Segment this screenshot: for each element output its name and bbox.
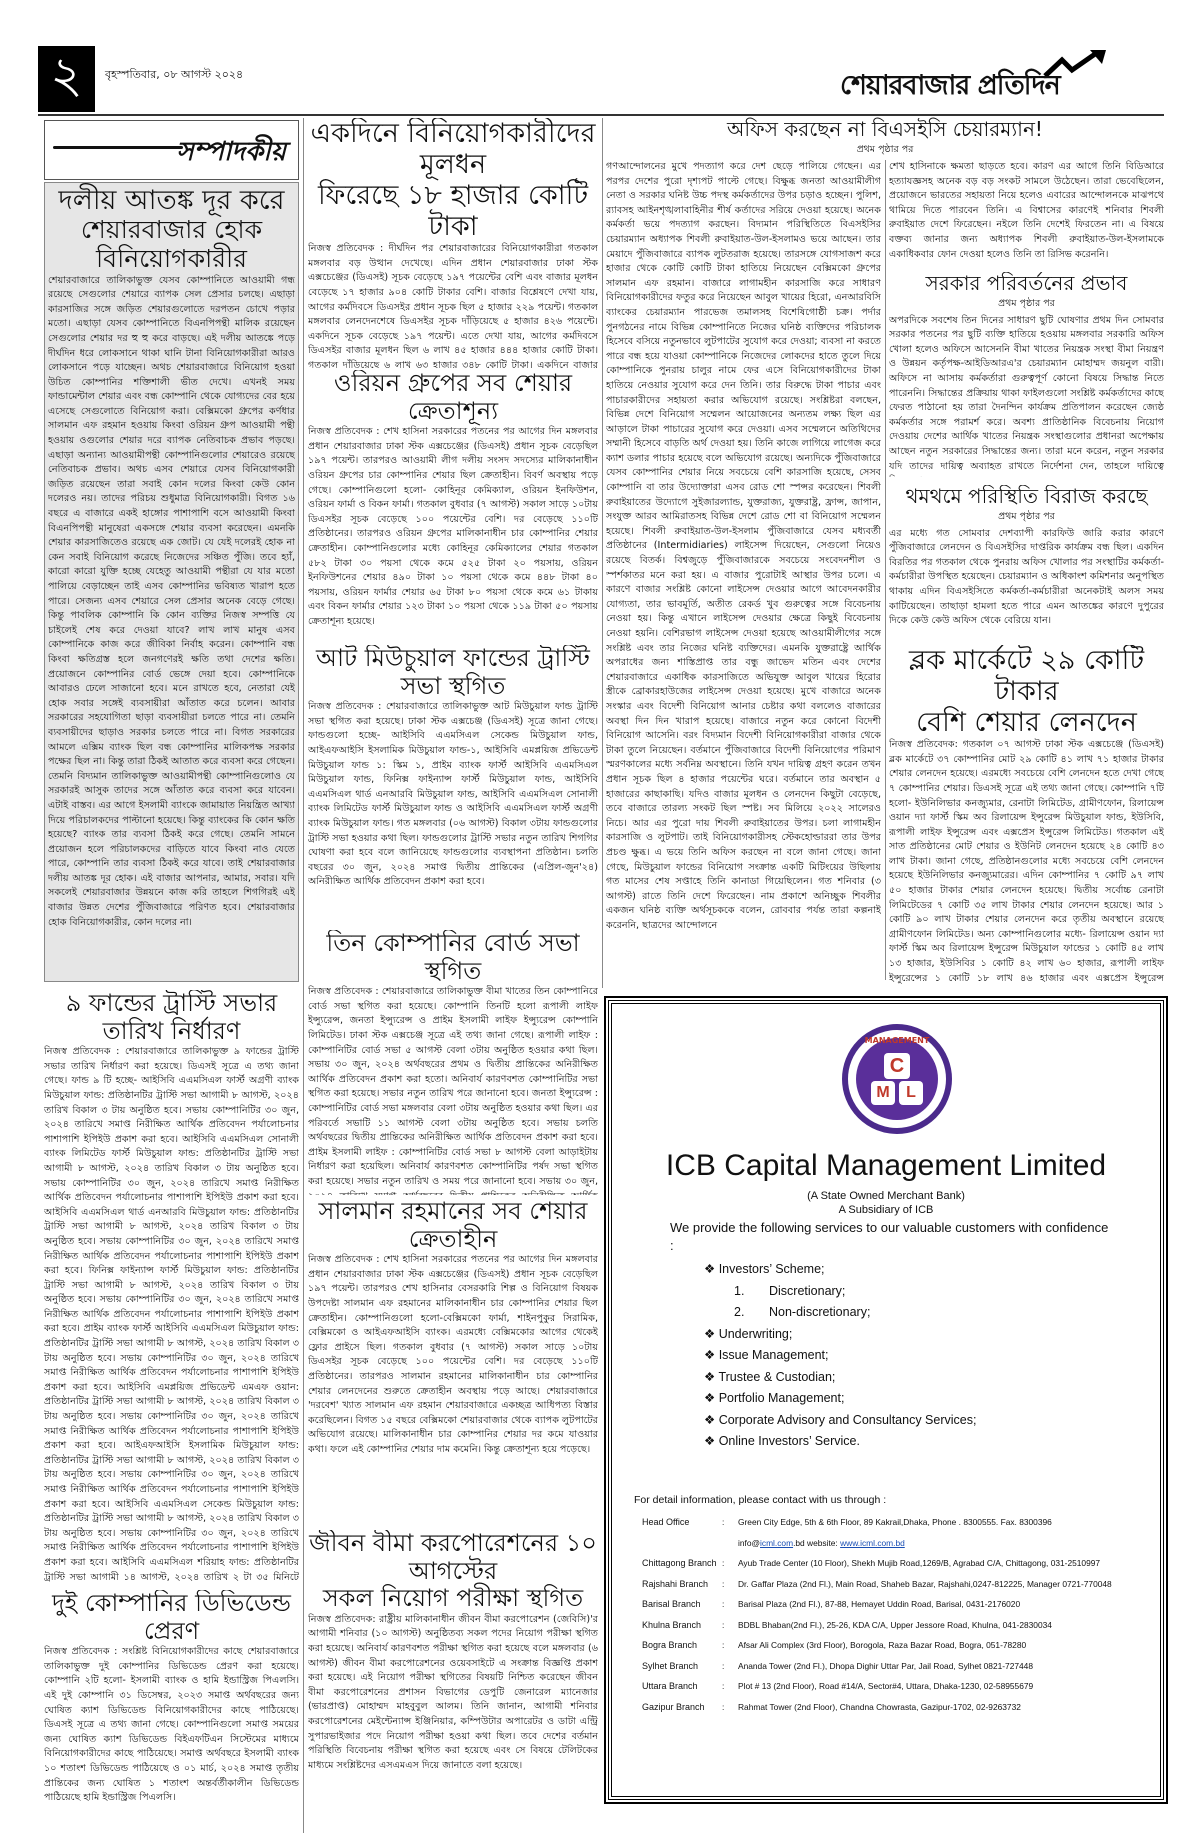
article-bsec-col2: শেখ হাসিনাকে ক্ষমতা ছাড়তে হবে। কারণ এর … <box>889 160 1164 280</box>
article-headline-line1: ব্লক মার্কেটে ২৯ কোটি টাকার <box>889 645 1164 707</box>
bullet-diamond-icon: ❖ <box>704 1370 718 1384</box>
editorial-label: সম্পাদকীয় <box>177 131 286 175</box>
article-headline: অফিস করছেন না বিএসইসি চেয়ারম্যান! <box>606 118 1164 141</box>
contact-row-branch: Gazipur Branch:Rahmat Tower (2nd Floor),… <box>634 1697 1154 1718</box>
column-divider <box>602 118 603 988</box>
article-headline-line2: ফিরেছে ১৮ হাজার কোটি টাকা <box>308 180 598 242</box>
article-body: নিজস্ব প্রতিবেদক : শেয়ারবাজারে তালিকাভু… <box>308 985 598 1195</box>
ad-contact-info: For detail information, please contact w… <box>634 1494 1154 1717</box>
bullet-diamond-icon: ❖ <box>704 1413 719 1427</box>
column-divider <box>303 118 304 1833</box>
ad-company-name: ICB Capital Management Limited <box>612 1149 1160 1183</box>
article-headline: তিন কোম্পানির বোর্ড সভা স্থগিত <box>308 930 598 985</box>
editorial-body-text: শেয়ারবাজারে তালিকাভুক্ত যেসব কোম্পানিতে… <box>48 274 295 1004</box>
article-headline-line2: সকল নিয়োগ পরীক্ষা স্থগিত <box>308 1585 598 1613</box>
bullet-diamond-icon: ❖ <box>704 1434 719 1448</box>
service-item: ❖ Investors’ Scheme; <box>704 1259 976 1281</box>
service-item: ❖ Issue Management; <box>704 1345 976 1367</box>
service-item: ❖ Corporate Advisory and Consultancy Ser… <box>704 1410 976 1432</box>
contact-row-branch: Bogra Branch:Afsar Ali Complex (3rd Floo… <box>634 1635 1154 1656</box>
continued-label: প্রথম পৃষ্ঠার পর <box>889 510 1164 525</box>
service-item: ❖ Underwriting; <box>704 1324 976 1346</box>
contact-heading: For detail information, please contact w… <box>634 1494 1154 1506</box>
icb-advertisement: MANAGEMENT C M L ICB Capital Management … <box>608 1000 1164 1800</box>
bullet-diamond-icon: ❖ <box>704 1327 719 1341</box>
article-body: নিজস্ব প্রতিবেদক : শেখ হাসিনা সরকারের পত… <box>308 425 598 629</box>
article-body: নিজস্ব প্রতিবেদক : শেয়ারবাজারে তালিকাভু… <box>44 1045 299 1585</box>
article-body: নিজস্ব প্রতিবেদক: রাষ্ট্রীয় মালিকানাধীন… <box>308 1613 598 1774</box>
article-headline-line2: বেশি শেয়ার লেনদেন <box>889 707 1164 738</box>
contact-row-branch: Chittagong Branch:Ayub Trade Center (10 … <box>634 1553 1154 1574</box>
continued-label: প্রথম পৃষ্ঠার পর <box>606 143 1164 158</box>
email-link[interactable]: icml.com <box>760 1538 793 1548</box>
article-headline: সালমান রহমানের সব শেয়ার ক্রেতাহীন <box>308 1198 598 1253</box>
article-salman-rahman: সালমান রহমানের সব শেয়ার ক্রেতাহীন নিজস্… <box>308 1198 598 1528</box>
article-two-company-dividend: দুই কোম্পানির ডিভিডেন্ড প্রেরণ নিজস্ব প্… <box>44 1590 299 1830</box>
article-nine-funds: ৯ ফান্ডের ট্রাস্টি সভার তারিখ নির্ধারণ ন… <box>44 990 299 1585</box>
masthead-title: শেয়ারবাজার প্রতিদিন <box>840 65 1060 110</box>
bsec-headline-block: অফিস করছেন না বিএসইসি চেয়ারম্যান! প্রথম… <box>606 118 1164 160</box>
service-item: ❖ Online Investors’ Service. <box>704 1431 976 1453</box>
bullet-diamond-icon: ❖ <box>704 1391 719 1405</box>
article-eight-mf: আট মিউচুয়াল ফান্ডের ট্রাস্টি সভা স্থগিত… <box>308 645 598 930</box>
article-body: নিজস্ব প্রতিবেদক : দীর্ঘদিন পর শেয়ারবাজ… <box>308 242 598 368</box>
article-jbc-exam: জীবন বীমা করপোরেশনের ১০ আগস্টের সকল নিয়… <box>308 1530 598 1790</box>
article-headline: দুই কোম্পানির ডিভিডেন্ড প্রেরণ <box>44 1590 299 1645</box>
editorial-headline-line2: শেয়ারবাজার হোক বিনিয়োগকারীর <box>48 216 295 274</box>
editorial-label-box: সম্পাদকীয় <box>44 120 299 180</box>
article-headline-line1: একদিনে বিনিয়োগকারীদের মূলধন <box>308 118 598 180</box>
contact-row-head-office: Head Office: Green City Edge, 5th & 6th … <box>634 1512 1154 1533</box>
article-body: নিজস্ব প্রতিবেদক : সংশ্লিষ্ট বিনিয়োগকার… <box>44 1645 299 1806</box>
article-body: অপরদিকে সবশেষ তিন দিনের সাধারণ ছুটি ঘোষণ… <box>889 314 1164 477</box>
contact-row-branch: Sylhet Branch:Ananda Tower (2nd Fl.), Dh… <box>634 1656 1154 1677</box>
header-rule <box>38 114 1164 116</box>
article-block-market: ব্লক মার্কেটে ২৯ কোটি টাকার বেশি শেয়ার … <box>889 645 1164 985</box>
issue-date: বৃহস্পতিবার, ০৮ আগস্ট ২০২৪ <box>105 66 243 85</box>
page-number: ২ <box>38 46 95 112</box>
contact-row-branch: Barisal Branch:Barisal Plaza (2nd Fl.), … <box>634 1594 1154 1615</box>
article-body: এর মধ্যে গত সোমবার দেশব্যাপী কারফিউ জারি… <box>889 527 1164 629</box>
editorial-brush-line <box>53 146 183 149</box>
service-subitem: 1.Discretionary; <box>704 1281 976 1303</box>
article-bsec-col1: গণআন্দোলনের মুখে পদত্যাগ করে দেশ ছেড়ে প… <box>606 160 881 980</box>
website-link[interactable]: www.icml.com.bd <box>840 1538 905 1548</box>
article-govt-change: সরকার পরিবর্তনের প্রভাব প্রথম পৃষ্ঠার পর… <box>889 272 1164 477</box>
bullet-diamond-icon: ❖ <box>704 1262 719 1276</box>
article-headline: ওরিয়ন গ্রুপের সব শেয়ার ক্রেতাশূন্য <box>308 370 598 425</box>
column-divider <box>885 160 886 980</box>
article-three-board: তিন কোম্পানির বোর্ড সভা স্থগিত নিজস্ব প্… <box>308 930 598 1195</box>
icml-logo: MANAGEMENT C M L <box>842 1024 952 1134</box>
service-item: ❖ Trustee & Custodian; <box>704 1367 976 1389</box>
article-tense-situation: থমথমে পরিস্থিতি বিরাজ করছে প্রথম পৃষ্ঠার… <box>889 485 1164 640</box>
article-body: নিজস্ব প্রতিবেদক : শেখ হাসিনা সরকারের পত… <box>308 1253 598 1457</box>
article-headline: আট মিউচুয়াল ফান্ডের ট্রাস্টি সভা স্থগিত <box>308 645 598 700</box>
service-item: ❖ Portfolio Management; <box>704 1388 976 1410</box>
contact-row-branch: Uttara Branch:Plot # 13 (2nd Floor), Roa… <box>634 1676 1154 1697</box>
ad-subsidiary: A Subsidiary of ICB <box>612 1204 1160 1216</box>
editorial-article: দলীয় আতঙ্ক দূর করে শেয়ারবাজার হোক বিনি… <box>44 182 299 982</box>
article-market-cap: একদিনে বিনিয়োগকারীদের মূলধন ফিরেছে ১৮ হ… <box>308 118 598 368</box>
masthead-logo: শেয়ারবাজার প্রতিদিন <box>840 50 1160 110</box>
article-headline-line1: জীবন বীমা করপোরেশনের ১০ আগস্টের <box>308 1530 598 1585</box>
ad-subtitle: (A State Owned Merchant Bank) <box>612 1190 1160 1202</box>
article-orion-group: ওরিয়ন গ্রুপের সব শেয়ার ক্রেতাশূন্য নিজ… <box>308 370 598 640</box>
contact-row-branch: Khulna Branch:BDBL Bhaban(2nd Fl.), 25-2… <box>634 1615 1154 1636</box>
contact-row-branch: Rajshahi Branch:Dr. Gaffar Plaza (2nd Fl… <box>634 1574 1154 1595</box>
ad-services-list: ❖ Investors’ Scheme; 1.Discretionary; 2.… <box>704 1259 976 1453</box>
contact-row-email: info@icml.com.bd website: www.icml.com.b… <box>634 1533 1154 1554</box>
ad-intro-text: We provide the following services to our… <box>670 1219 1110 1255</box>
continued-label: প্রথম পৃষ্ঠার পর <box>889 297 1164 312</box>
article-body: নিজস্ব প্রতিবেদক: গতকাল ০৭ আগস্ট ঢাকা স্… <box>889 738 1164 985</box>
service-subitem: 2.Non-discretionary; <box>704 1302 976 1324</box>
article-headline: সরকার পরিবর্তনের প্রভাব <box>889 272 1164 295</box>
article-body: নিজস্ব প্রতিবেদক : শেয়ারবাজারে তালিকাভু… <box>308 700 598 890</box>
article-headline: ৯ ফান্ডের ট্রাস্টি সভার তারিখ নির্ধারণ <box>44 990 299 1045</box>
article-headline: থমথমে পরিস্থিতি বিরাজ করছে <box>889 485 1164 508</box>
logo-letters: C M L <box>848 1030 946 1128</box>
bullet-diamond-icon: ❖ <box>704 1348 719 1362</box>
editorial-headline-line1: দলীয় আতঙ্ক দূর করে <box>48 185 295 216</box>
